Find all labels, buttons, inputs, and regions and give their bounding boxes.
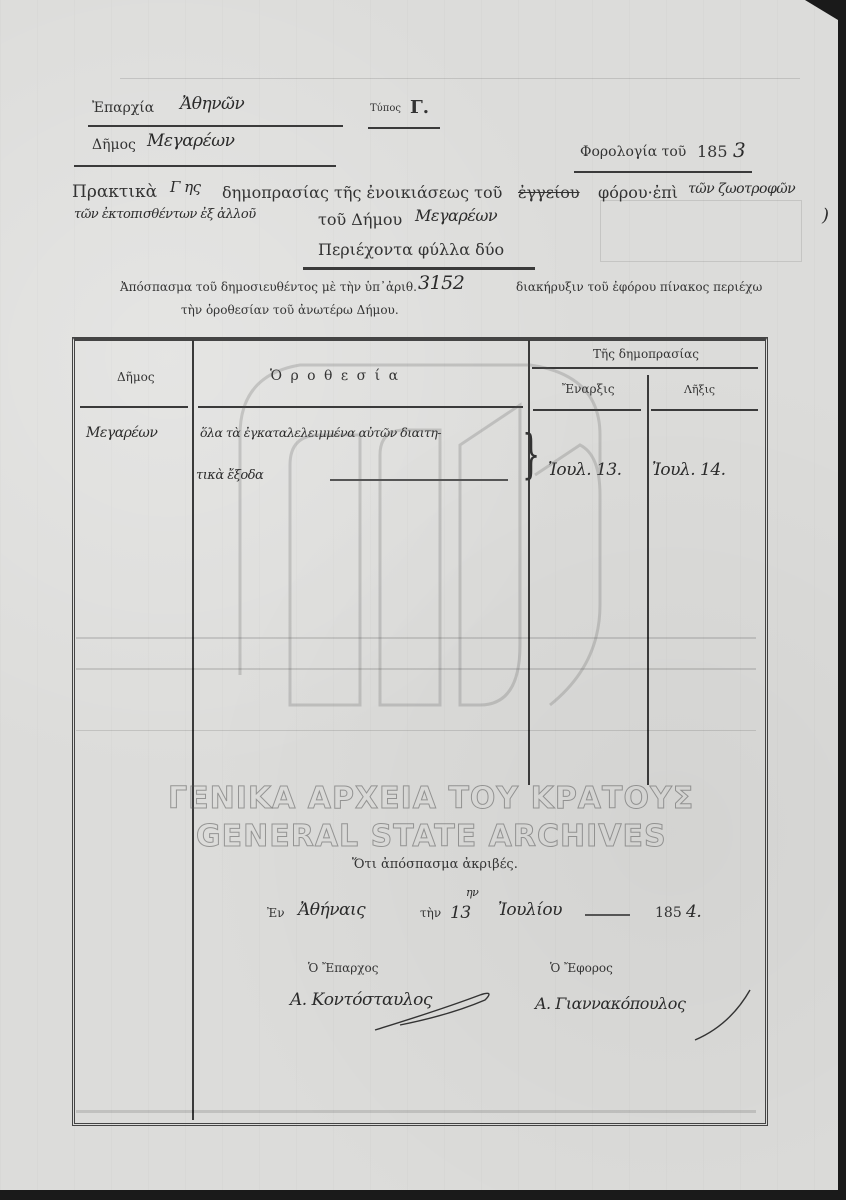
title-paren: ): [822, 205, 829, 226]
certification-text: Ὅτι ἀπόσπασμα ἀκριβές.: [352, 857, 518, 872]
title-line2-print: τοῦ Δήμου: [318, 210, 402, 229]
title-praktika: Πρακτικὰ: [72, 182, 157, 202]
cell-lixis: Ἰουλ. 14.: [652, 460, 726, 480]
place-prefix: Ἐν: [267, 906, 285, 920]
title-hand-end: τῶν ζωοτροφῶν: [688, 181, 795, 197]
date-prefix: τὴν: [420, 906, 441, 920]
extract-number: 3152: [418, 272, 464, 294]
date-year-hand: 4.: [686, 902, 701, 922]
archive-logo-watermark: [200, 345, 620, 725]
date-month: Ἰουλίου: [498, 900, 562, 920]
watermark-greek: ΓΕΝΙΚΑ ΑΡΧΕΙΑ ΤΟΥ ΚΡΑΤΟΥΣ: [168, 781, 694, 816]
dimos-label: Δῆμος: [92, 137, 136, 153]
typos-label: Τύπος: [370, 103, 401, 114]
title-line2-hand-end: Μεγαρέων: [415, 206, 497, 225]
extract-line2: τὴν ὁροθεσίαν τοῦ ἀνωτέρω Δήμου.: [181, 303, 399, 317]
extract-line1-a: Ἀπόσπασμα τοῦ δημοσιευθέντος μὲ τὴν ὑπ᾿ἀ…: [120, 280, 417, 294]
dimos-value: Μεγαρέων: [147, 131, 234, 151]
col-header-lixis: Λῆξις: [684, 383, 715, 396]
eparchos-signature-flourish: [370, 985, 500, 1035]
eforos-signature: Α. Γιαννακόπουλος: [535, 994, 685, 1013]
bleed-rule: [76, 730, 756, 731]
col-header-dimos: Δῆμος: [117, 370, 155, 384]
forologia-year-hand: 3: [733, 138, 745, 162]
extract-line1-b: διακήρυξιν τοῦ ἐφόρου πίνακος περιέχω: [516, 280, 762, 294]
title-ordinal: Γ ης: [170, 178, 201, 196]
cell-dimos: Μεγαρέων: [86, 425, 157, 441]
eparchos-label: Ὁ Ἔπαρχος: [308, 961, 379, 975]
eforos-label: Ὁ Ἔφορος: [550, 961, 613, 975]
date-day: 13: [450, 903, 471, 923]
dimos-underline: [74, 165, 336, 167]
title-foro: φόρου·ἐπὶ: [598, 183, 678, 202]
forologia-label: Φορολογία τοῦ: [580, 144, 686, 160]
bleed-through-box: [600, 200, 802, 262]
document-page: Ἐπαρχία Ἀθηνῶν Τύπος Γ. Δῆμος Μεγαρέων Φ…: [0, 0, 838, 1190]
eforos-signature-flourish: [690, 985, 760, 1045]
subtitle-underline: [303, 267, 535, 270]
subtitle-sheets: Περιέχοντα φύλλα δύο: [318, 240, 504, 259]
eparchia-value: Ἀθηνῶν: [180, 94, 244, 114]
header-rule-lixis: [651, 409, 758, 411]
title-line1-text: δημοπρασίας τῆς ἐνοικιάσεως τοῦ: [222, 183, 502, 202]
date-day-sup: ην: [466, 886, 478, 899]
title-struck-word: ἐγγείου: [518, 183, 580, 202]
header-rule-dimos: [80, 406, 188, 408]
title-line2-hand: τῶν ἐκτοπισθέντων ἐξ ἀλλοῦ: [74, 207, 256, 222]
date-year: 185: [655, 905, 682, 921]
date-filler-line: [585, 914, 630, 916]
forologia-year: 185: [697, 142, 728, 161]
col-rule-enarxis: [647, 375, 649, 785]
eparchia-label: Ἐπαρχία: [92, 100, 154, 116]
watermark-english: GENERAL STATE ARCHIVES: [196, 819, 667, 854]
eparchia-underline: [88, 125, 343, 127]
typos-underline: [368, 127, 440, 129]
forologia-underline: [574, 171, 752, 173]
bleed-rule: [76, 1110, 756, 1113]
typos-value: Γ.: [410, 97, 429, 118]
bleed-through-rule: [120, 78, 800, 79]
place-value: Ἀθήναις: [298, 900, 365, 920]
